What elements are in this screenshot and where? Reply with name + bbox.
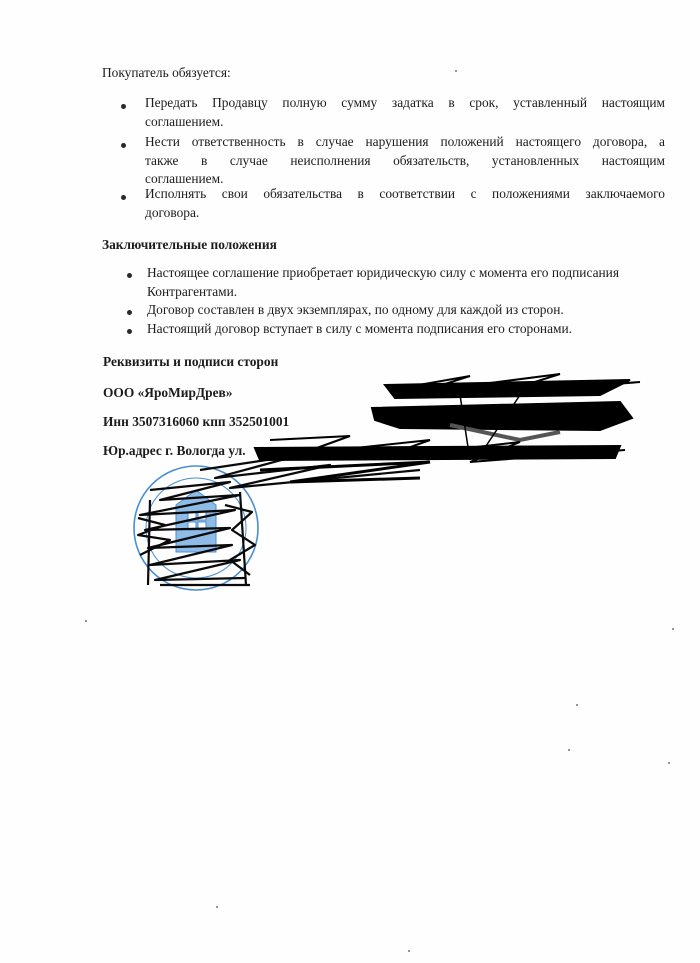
scan-speck xyxy=(576,704,578,706)
scan-speck xyxy=(668,762,670,764)
document-page: Покупатель обязуется: Передать Продавцу … xyxy=(0,0,700,963)
scan-speck xyxy=(568,749,570,751)
scan-speck xyxy=(408,950,410,952)
scan-speck xyxy=(672,628,674,630)
stamp-and-redactions xyxy=(0,0,700,963)
scan-speck xyxy=(216,906,218,908)
scan-speck xyxy=(85,620,87,622)
redaction-scribbles xyxy=(255,374,640,482)
scan-speck xyxy=(455,70,457,72)
